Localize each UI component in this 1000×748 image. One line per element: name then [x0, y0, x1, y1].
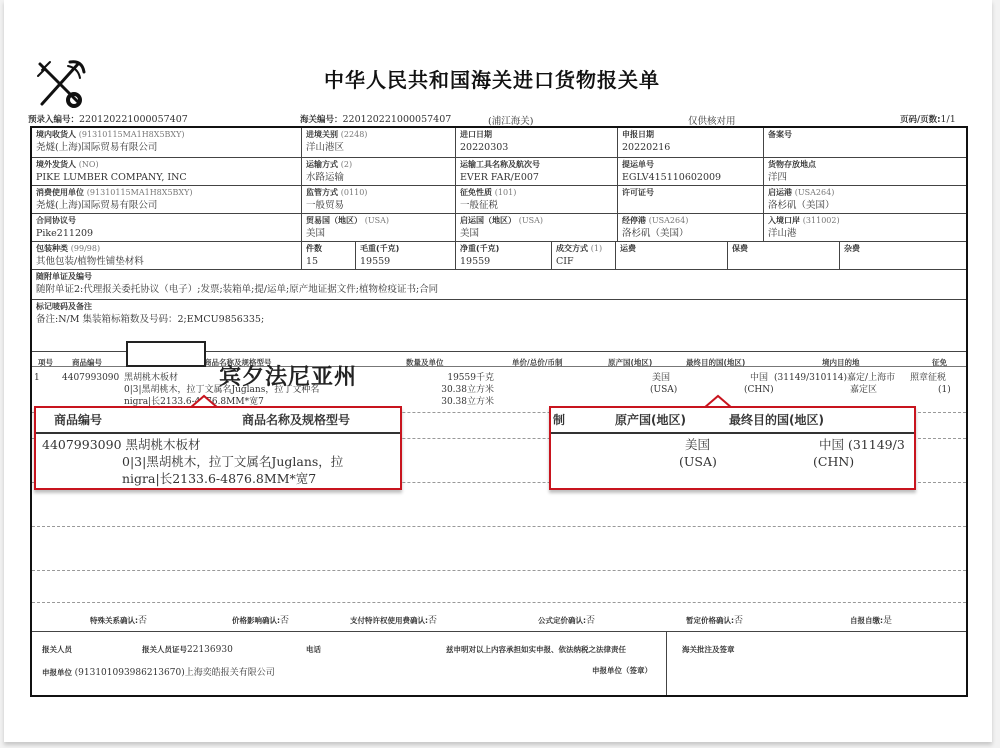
callout-col-currency: 制 — [553, 411, 565, 428]
field-transport-mode: 运输方式 (2) 水路运输 — [302, 158, 456, 186]
destination-country: 中国 — [750, 372, 768, 384]
field-package: 包装种类 (99/98) 其他包装/植物性铺垫材料 — [32, 242, 302, 270]
field-consignee: 境内收货人 (91310115MA1H8X5BXY) 尧燧(上海)国际贸易有限公… — [32, 128, 302, 158]
customs-number: 海关编号：220120221000057407 — [300, 113, 451, 125]
confirm-formula-price: 公式定价确认:否 — [538, 613, 595, 626]
zoom-callout-origin: 制 原产国(地区) 最终目的国(地区) 美国 (USA) 中国 (31149/3… — [549, 406, 916, 490]
callout-col-origin: 原产国(地区) — [615, 411, 686, 428]
tax-mode-code: (1) — [938, 384, 951, 396]
callout-col-destination: 最终目的国(地区) — [729, 411, 824, 428]
col-domestic-dest: 境内目的地 — [822, 357, 860, 368]
declarant: 申报单位 (913101093986213670)上海奕皓报关有限公司 — [42, 665, 275, 678]
page-count: 页码/页数:1/1 — [900, 113, 956, 125]
field-deal-mode: 成交方式 (1) CIF — [552, 242, 616, 270]
field-license: 许可证号 — [618, 186, 764, 214]
document-title: 中华人民共和国海关进口货物报关单 — [324, 64, 660, 93]
field-tax-nature: 征免性质 (101) 一般征税 — [456, 186, 618, 214]
field-net-weight: 净重(千克) 19559 — [456, 242, 552, 270]
declarant-seal: 申报单位（签章） — [592, 665, 652, 676]
confirm-self-declare: 自报自缴:是 — [850, 613, 892, 626]
field-supervision: 监管方式 (0110) 一般贸易 — [302, 186, 456, 214]
callout-destination-code: (CHN) — [813, 453, 854, 470]
field-import-date: 进口日期 20220303 — [456, 128, 618, 158]
field-transit-port: 经停港 (USA264) 洛杉矶（美国） — [618, 214, 764, 242]
zoom-callout-goods: 商品编号 商品名称及规格型号 4407993090 黑胡桃木板材 0|3|黑胡桃… — [34, 406, 402, 490]
origin-code: (USA) — [650, 384, 677, 396]
callout-col-hs-code: 商品编号 — [54, 411, 102, 428]
hs-code: 4407993090 — [62, 372, 119, 384]
domestic-destination: 嘉定区 — [850, 384, 877, 396]
field-storage: 货物存放地点 洋四 — [764, 158, 966, 186]
col-item-no: 项号 — [38, 357, 53, 368]
customs-remark: 海关批注及签章 — [682, 644, 735, 655]
customs-office: (浦江海关) — [488, 113, 533, 127]
declaration-statement: 兹申明对以上内容承担如实申报、依法纳税之法律责任 — [446, 644, 626, 655]
watermark-text: 宾夕法尼亚州 — [219, 360, 357, 391]
field-departure-port: 启运港 (USA264) 洛杉矶（美国） — [764, 186, 966, 214]
field-freight: 运费 — [616, 242, 728, 270]
field-pieces: 件数 15 — [302, 242, 356, 270]
field-gross-weight: 毛重(千克) 19559 — [356, 242, 456, 270]
field-attached-docs: 随附单证及编号 随附单证2:代理报关委托协议（电子）;发票;装箱单;提/运单;原… — [32, 270, 966, 300]
col-price: 单价/总价/币制 — [512, 357, 562, 368]
broker-label: 报关人员 — [42, 644, 72, 655]
callout-origin: 美国 — [685, 436, 710, 453]
callout-goods-line: nigra|长2133.6-4876.8MM*宽7 — [122, 470, 316, 487]
col-tax-mode: 征免 — [932, 357, 947, 368]
col-hs-code: 商品编号 — [72, 357, 102, 368]
callout-destination: 中国 (31149/3 — [819, 436, 905, 453]
confirm-special-relation: 特殊关系确认:否 — [90, 613, 147, 626]
callout-col-goods-name: 商品名称及规格型号 — [242, 411, 350, 428]
tax-mode: 照章征税 — [910, 372, 946, 384]
field-insurance: 保费 — [728, 242, 840, 270]
field-misc-fee: 杂费 — [840, 242, 966, 270]
field-declare-date: 申报日期 20220216 — [618, 128, 764, 158]
col-origin: 原产国(地区) — [608, 357, 652, 368]
destination-code: (CHN) — [744, 384, 774, 396]
quantity-line: 19559千克 — [430, 372, 494, 384]
redaction-box — [126, 341, 206, 367]
field-record-no: 备案号 — [764, 128, 966, 158]
callout-origin-code: (USA) — [679, 453, 717, 470]
confirm-royalty: 支付特许权使用费确认:否 — [350, 613, 437, 626]
callout-goods-line: 0|3|黑胡桃木，拉丁文属名Juglans，拉 — [122, 453, 343, 470]
pre-entry-number: 预录入编号：220120221000057407 — [28, 113, 188, 125]
origin-country: 美国 — [652, 372, 670, 384]
field-consumer: 消费使用单位 (91310115MA1H8X5BXY) 尧燧(上海)国际贸易有限… — [32, 186, 302, 214]
domestic-destination: (31149/310114)嘉定/上海市 — [774, 372, 895, 384]
verify-note: 仅供核对用 — [688, 113, 736, 127]
field-consignor: 境外发货人 (NO) PIKE LUMBER COMPANY, INC — [32, 158, 302, 186]
phone-label: 电话 — [306, 644, 321, 655]
callout-goods-line: 4407993090 黑胡桃木板材 — [42, 436, 201, 453]
field-trade-country: 贸易国（地区） (USA) 美国 — [302, 214, 456, 242]
quantity-line: 30.38立方米 — [430, 396, 494, 408]
quantity-line: 30.38立方米 — [430, 384, 494, 396]
col-quantity: 数量及单位 — [406, 357, 444, 368]
field-entry-port-2: 入境口岸 (311002) 洋山港 — [764, 214, 966, 242]
field-bill-no: 提运单号 EGLV415110602009 — [618, 158, 764, 186]
broker-id: 报关人员证号22136930 — [142, 644, 233, 655]
field-contract: 合同协议号 Pike211209 — [32, 214, 302, 242]
customs-emblem-icon — [34, 58, 88, 110]
document-page: 中华人民共和国海关进口货物报关单 预录入编号：22012022100005740… — [4, 0, 992, 742]
item-no: 1 — [34, 372, 40, 384]
field-entry-port: 进境关别 (2248) 洋山港区 — [302, 128, 456, 158]
field-vessel: 运输工具名称及航次号 EVER FAR/E007 — [456, 158, 618, 186]
col-destination: 最终目的国(地区) — [686, 357, 745, 368]
confirm-price-impact: 价格影响确认:否 — [232, 613, 289, 626]
confirm-provisional-price: 暂定价格确认:否 — [686, 613, 743, 626]
field-origin-country: 启运国（地区） (USA) 美国 — [456, 214, 618, 242]
goods-name-line: 黑胡桃木板材 — [124, 372, 178, 384]
